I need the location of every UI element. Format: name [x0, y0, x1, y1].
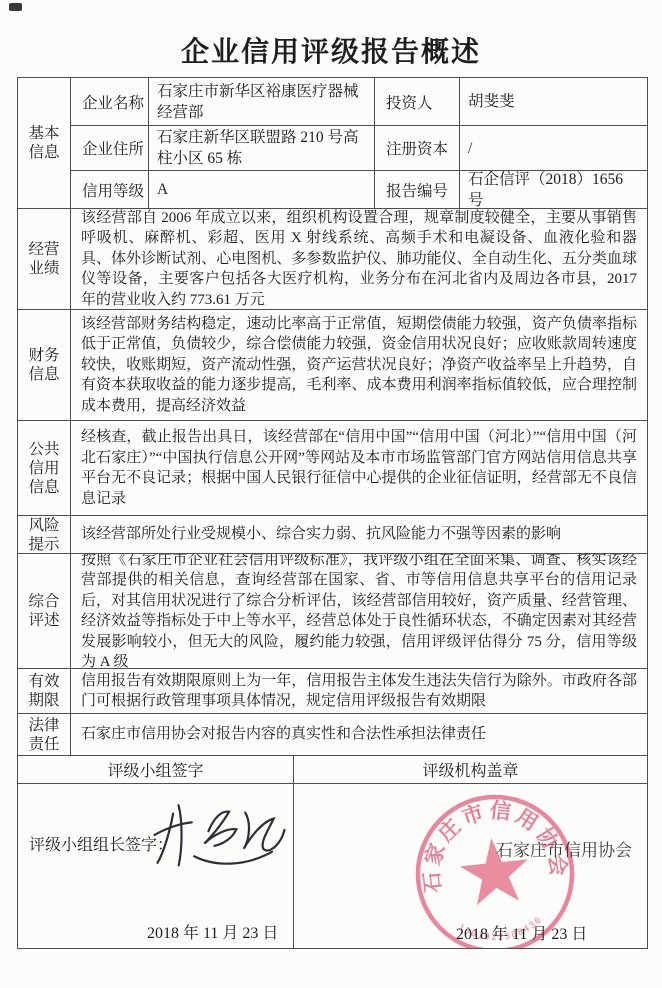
credit-grade-value: A	[149, 171, 375, 209]
document-page: 企业信用评级报告概述 基本 信息 企业名称 石家庄市新华区裕康医疗器械经营部 投…	[0, 0, 662, 988]
report-number-label: 报告编号	[375, 171, 460, 209]
scan-artifact	[9, 3, 22, 11]
section-text: 按照《石家庄市企业社会信用评级标准》，我评级小组在全面采集、调查、核实该经营部提…	[81, 554, 637, 669]
section-text: 经核查，截止报告出具日，该经营部在“信用中国”“信用中国（河北）”“信用中国（河…	[81, 427, 637, 509]
section-text-financial-info: 该经营部财务结构稳定，速动比率高于正常值，短期偿债能力较强，资产负债率指标低于正…	[71, 310, 647, 421]
investor-value: 胡斐斐	[460, 78, 647, 126]
section-label-validity-period: 有效 期限	[18, 669, 71, 714]
report-number-value: 石企信评（2018）1656 号	[460, 171, 647, 209]
company-address-label: 企业住所	[71, 126, 149, 171]
section-text-business-performance: 该经营部自 2006 年成立以来，组织机构设置合理，规章制度较健全，主要从事销售…	[71, 209, 647, 310]
section-text-legal-liability: 石家庄市信用协会对报告内容的真实性和合法性承担法律责任	[71, 714, 647, 756]
agency-name-text: 石家庄市信用协会	[496, 836, 632, 861]
page-title: 企业信用评级报告概述	[0, 30, 662, 70]
signature-date: 2018 年 11 月 23 日	[147, 920, 278, 943]
section-text: 该经营部财务结构稳定，速动比率高于正常值，短期偿债能力较强，资产负债率指标低于正…	[81, 314, 637, 417]
section-label-financial-info: 财务 信息	[18, 310, 71, 421]
section-text: 该经营部自 2006 年成立以来，组织机构设置合理，规章制度较健全，主要从事销售…	[81, 209, 637, 310]
section-label-business-performance: 经营 业绩	[18, 209, 71, 310]
rating-agency-seal-cell: 石家庄市信用协会 1301022308430 石家庄市信用协会 2018 年 1…	[294, 784, 647, 948]
section-label-legal-liability: 法律 责任	[18, 714, 71, 756]
section-text: 信用报告有效期限原则上为一年，信用报告主体发生违法失信行为除外。市政府各部门可根…	[81, 671, 637, 712]
section-text-validity-period: 信用报告有效期限原则上为一年，信用报告主体发生违法失信行为除外。市政府各部门可根…	[71, 669, 647, 714]
rating-agency-seal-header: 评级机构盖章	[294, 756, 647, 784]
company-name-label: 企业名称	[71, 78, 149, 126]
registered-capital-value: /	[460, 126, 647, 171]
section-text-risk-warning: 该经营部所处行业受规模小、综合实力弱、抗风险能力不强等因素的影响	[71, 516, 647, 554]
company-address-value: 石家庄新华区联盟路 210 号高柱小区 65 栋	[149, 126, 375, 171]
section-label-public-credit-info: 公共 信用 信息	[18, 421, 71, 516]
investor-label: 投资人	[375, 78, 460, 126]
rating-team-signature-cell: 评级小组组长签字： 2018 年 11 月 23 日	[18, 784, 294, 948]
rating-team-signature-header: 评级小组签字	[18, 756, 294, 784]
section-text-public-credit-info: 经核查，截止报告出具日，该经营部在“信用中国”“信用中国（河北）”“信用中国（河…	[71, 421, 647, 516]
section-label-risk-warning: 风险 提示	[18, 516, 71, 554]
report-table: 基本 信息 企业名称 石家庄市新华区裕康医疗器械经营部 投资人 胡斐斐 企业住所…	[17, 77, 648, 949]
credit-grade-label: 信用等级	[71, 171, 149, 209]
section-text: 该经营部所处行业受规模小、综合实力弱、抗风险能力不强等因素的影响	[81, 524, 637, 545]
section-text-comprehensive-review: 按照《石家庄市企业社会信用评级标准》，我评级小组在全面采集、调查、核实该经营部提…	[71, 554, 647, 669]
handwritten-signature	[151, 794, 294, 884]
registered-capital-label: 注册资本	[375, 126, 460, 171]
section-label-comprehensive-review: 综合 评述	[18, 554, 71, 669]
seal-date: 2018 年 11 月 23 日	[456, 921, 587, 944]
company-name-value: 石家庄市新华区裕康医疗器械经营部	[149, 78, 375, 126]
section-label-basic-info: 基本 信息	[18, 78, 71, 209]
section-text: 石家庄市信用协会对报告内容的真实性和合法性承担法律责任	[81, 724, 637, 745]
report-table-main: 基本 信息 企业名称 石家庄市新华区裕康医疗器械经营部 投资人 胡斐斐 企业住所…	[18, 78, 647, 756]
signature-stamp-block: 评级小组签字 评级机构盖章 评级小组组长签字： 2018 年 11 月 23 日	[18, 756, 647, 948]
